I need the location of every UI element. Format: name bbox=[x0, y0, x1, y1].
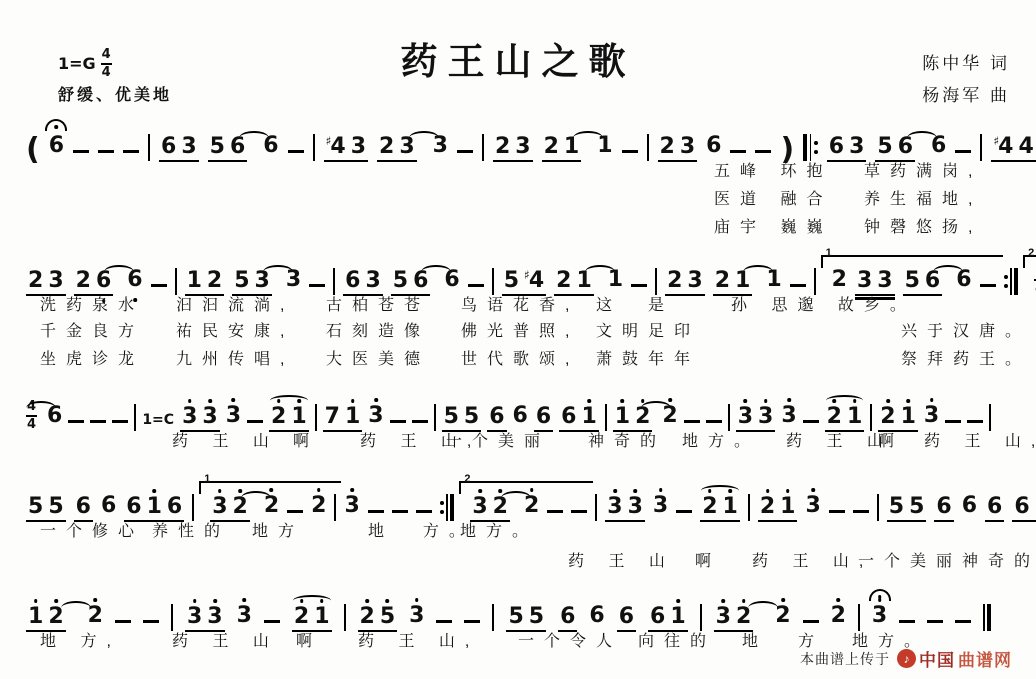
barline bbox=[334, 494, 336, 521]
note: 2 bbox=[311, 495, 326, 517]
thick-barline bbox=[450, 494, 454, 521]
credits: 陈中华 词 杨海军 曲 bbox=[922, 48, 1010, 112]
octave-dot-high bbox=[34, 599, 38, 603]
barline bbox=[175, 268, 177, 295]
barline bbox=[605, 404, 607, 431]
note: 3 bbox=[365, 270, 380, 292]
fermata-dot bbox=[55, 125, 59, 129]
fermata-dot bbox=[878, 595, 882, 599]
time-signature: 4 4 bbox=[101, 48, 112, 79]
duration-dash bbox=[622, 150, 638, 153]
barline bbox=[989, 404, 991, 431]
note-group: 6 bbox=[985, 496, 1004, 522]
note: 5 bbox=[28, 496, 43, 518]
octave-dot-high bbox=[530, 488, 534, 492]
note: 5 bbox=[234, 270, 249, 292]
duration-dash bbox=[899, 620, 915, 623]
octave-dot-high bbox=[213, 599, 217, 603]
thick-barline bbox=[803, 134, 807, 161]
note-group: 21 bbox=[700, 496, 740, 522]
duration-dash bbox=[547, 510, 563, 513]
octave-dot-high bbox=[188, 399, 192, 403]
octave-dot-high bbox=[781, 598, 785, 602]
barline bbox=[858, 604, 860, 631]
note: 6 bbox=[161, 136, 176, 158]
note-group: 71 bbox=[323, 406, 363, 432]
note: 6 bbox=[589, 605, 604, 627]
barline bbox=[171, 604, 173, 631]
duration-dash bbox=[955, 150, 971, 153]
octave-dot-high bbox=[633, 489, 637, 493]
note: 3 bbox=[628, 496, 643, 518]
tie-arc bbox=[743, 265, 773, 279]
duration-dash bbox=[706, 420, 722, 423]
music-system-5: 12233321253556666132223地 方,药 王 山啊药 王 山,一… bbox=[26, 582, 1012, 632]
tie-arc bbox=[421, 265, 451, 279]
note: 3 bbox=[226, 405, 241, 427]
barline bbox=[315, 404, 317, 431]
note-group: 61 bbox=[1012, 496, 1036, 522]
ending-number: 2 bbox=[1028, 247, 1034, 259]
note: 1 bbox=[847, 406, 862, 428]
thin-barline bbox=[810, 134, 812, 161]
duration-dash bbox=[945, 420, 961, 423]
note: 2 bbox=[715, 270, 730, 292]
octave-dot-high bbox=[744, 399, 748, 403]
note: 6 bbox=[536, 406, 551, 428]
barline bbox=[313, 134, 315, 161]
lyric-text: 啊 bbox=[695, 548, 721, 571]
octave-dot-high bbox=[499, 489, 503, 493]
duration-dash bbox=[803, 420, 819, 423]
tie-arc bbox=[907, 131, 937, 145]
note: 5 bbox=[529, 606, 544, 628]
repeat-dot bbox=[1004, 275, 1008, 279]
lyric-text: 药 王 山 bbox=[172, 628, 279, 651]
note: 3 bbox=[351, 136, 366, 158]
lyric-text: 养生福地, bbox=[864, 186, 982, 209]
duration-dash bbox=[412, 420, 428, 423]
duration-dash bbox=[368, 510, 384, 513]
duration-dash bbox=[288, 150, 304, 153]
music-system-3: 4461=C33321713556666112233321213药 王 山啊药 … bbox=[26, 382, 1012, 432]
ending-bracket-line: 2 bbox=[1023, 255, 1036, 268]
note: 1 bbox=[615, 406, 630, 428]
lyric-text: 文明足印 bbox=[596, 318, 700, 341]
barline bbox=[814, 268, 816, 295]
barline bbox=[728, 404, 730, 431]
octave-dot-high bbox=[613, 489, 617, 493]
lyric-text: 地方。 bbox=[682, 428, 760, 451]
octave-dot-high bbox=[365, 599, 369, 603]
lyric-text: 坐虎诊龙 bbox=[40, 346, 144, 369]
octave-dot-high bbox=[764, 399, 768, 403]
duration-dash bbox=[464, 620, 480, 623]
note: 3 bbox=[924, 405, 939, 427]
note: ♯4 bbox=[326, 136, 346, 158]
site-name-bold: 中国 bbox=[919, 646, 955, 671]
octave-dot-high bbox=[742, 599, 746, 603]
note: 3 bbox=[515, 136, 530, 158]
lyric-text: 石刻造像 bbox=[326, 318, 430, 341]
lyric-text: 药 王 山, bbox=[924, 428, 1036, 451]
lyric-text: 地方。 bbox=[460, 518, 538, 541]
note: ♯4 bbox=[524, 270, 544, 292]
note-group: ♯43 bbox=[324, 136, 368, 162]
tie-arc bbox=[748, 601, 778, 615]
lyric-text: 药 王 山 bbox=[172, 428, 279, 451]
duration-dash bbox=[468, 284, 484, 287]
site-name-rest: 曲谱网 bbox=[958, 646, 1012, 671]
octave-dot-high bbox=[668, 398, 672, 402]
octave-dot-high bbox=[906, 399, 910, 403]
repeat-end bbox=[1004, 268, 1019, 295]
lyric-text: 药 王 山 bbox=[568, 548, 675, 571]
barline bbox=[877, 494, 879, 521]
repeat-dot bbox=[814, 150, 818, 154]
note: 1 bbox=[147, 496, 162, 518]
note: 2 bbox=[880, 406, 895, 428]
duration-dash bbox=[457, 150, 473, 153]
note: 1 bbox=[581, 406, 596, 428]
note: 4 bbox=[1018, 136, 1033, 158]
octave-dot-high bbox=[621, 399, 625, 403]
note: 6 bbox=[126, 496, 141, 518]
note: 2 bbox=[760, 496, 775, 518]
notation-row: 4461=C33321713556666112233321213 bbox=[26, 382, 1012, 432]
sheet-music-page: 药王山之歌 1=G 4 4 舒缓、优美地 陈中华 词 杨海军 曲 (663566… bbox=[0, 0, 1036, 679]
note: 3 bbox=[607, 496, 622, 518]
note-group: ♯44 bbox=[991, 136, 1035, 162]
duration-dash bbox=[790, 284, 806, 287]
barline bbox=[492, 604, 494, 631]
note: 5 bbox=[444, 406, 459, 428]
octave-dot-high bbox=[232, 398, 236, 402]
note: 3 bbox=[181, 136, 196, 158]
barline bbox=[492, 268, 494, 295]
note: 3 bbox=[472, 496, 487, 518]
octave-dot-high bbox=[930, 398, 934, 402]
duration-dash bbox=[68, 420, 84, 423]
note: 6 bbox=[829, 136, 844, 158]
note: 3 bbox=[805, 495, 820, 517]
lyric-text: 世代歌颂, bbox=[461, 346, 579, 369]
notation-row: 2326612533635665♯42112321112335662242356 bbox=[26, 246, 1012, 296]
barline bbox=[482, 134, 484, 161]
sharp-icon: ♯ bbox=[993, 134, 999, 148]
tie-arc bbox=[239, 131, 269, 145]
note: 5 bbox=[464, 406, 479, 428]
note: 6 bbox=[49, 135, 64, 157]
duration-dash bbox=[143, 620, 159, 623]
lyric-text: 药 王 山, bbox=[752, 548, 873, 571]
duration-dash bbox=[730, 150, 746, 153]
duration-dash bbox=[264, 620, 280, 623]
note: 3 bbox=[857, 270, 872, 292]
duration-dash bbox=[676, 510, 692, 513]
notation-row: 55666161322232322333212135566661 bbox=[26, 472, 1012, 522]
duration-dash bbox=[980, 284, 996, 287]
repeat-dot bbox=[1004, 284, 1008, 288]
note: 6 bbox=[1014, 496, 1029, 518]
lyric-text: 啊 bbox=[293, 428, 319, 451]
barline bbox=[192, 494, 194, 521]
ending-number: 1 bbox=[204, 473, 210, 485]
octave-dot-high bbox=[641, 399, 645, 403]
lyric-text: 地方 bbox=[252, 518, 304, 541]
lyric-text: 庙宇 巍巍 bbox=[714, 214, 832, 237]
lyric-text: 九州传唱, bbox=[176, 346, 294, 369]
repeat-dots bbox=[440, 501, 444, 514]
note: 3 bbox=[877, 270, 892, 292]
sharp-icon: ♯ bbox=[524, 268, 530, 282]
duration-dash bbox=[287, 510, 303, 513]
note: 5 bbox=[909, 496, 924, 518]
duration-dash bbox=[390, 420, 406, 423]
lyric-text: 洗药泉水 bbox=[40, 292, 144, 315]
note: 6 bbox=[101, 495, 116, 517]
open-paren: ( bbox=[26, 136, 40, 163]
lyric-text: 向往的 bbox=[638, 628, 716, 651]
repeat-dots bbox=[1004, 275, 1008, 288]
lyric-text: 大医美德 bbox=[326, 346, 430, 369]
barline bbox=[700, 604, 702, 631]
lyric-text: 祐民安康, bbox=[176, 318, 294, 341]
note: 2 bbox=[660, 136, 675, 158]
note: 2 bbox=[28, 270, 43, 292]
octave-dot-high bbox=[317, 488, 321, 492]
duration-dash bbox=[123, 150, 139, 153]
note: 6 bbox=[513, 405, 528, 427]
note: 3 bbox=[237, 605, 252, 627]
note: 5 bbox=[889, 496, 904, 518]
note: 3 bbox=[687, 270, 702, 292]
lyric-text: 兴于汉唐。 bbox=[901, 318, 1031, 341]
duration-dash bbox=[955, 620, 971, 623]
octave-dot-high bbox=[728, 489, 732, 493]
tie-arc bbox=[641, 401, 671, 415]
lyric-text: 古柏苍苍 bbox=[326, 292, 430, 315]
note: 2 bbox=[544, 136, 559, 158]
lyric-text: 孙 思邈 故乡。 bbox=[731, 292, 916, 315]
composer-line: 杨海军 曲 bbox=[922, 80, 1010, 112]
key-signature: 1=G 4 4 bbox=[58, 48, 112, 79]
lyric-text: 鸟语花香, bbox=[461, 292, 579, 315]
octave-dot-high bbox=[277, 399, 281, 403]
octave-dot-high bbox=[786, 489, 790, 493]
octave-dot-high bbox=[350, 488, 354, 492]
time-signature-beats: 4 bbox=[102, 48, 111, 61]
note: 2 bbox=[702, 496, 717, 518]
octave-dot-high bbox=[832, 399, 836, 403]
note: 7 bbox=[325, 406, 340, 428]
lyric-text: 一个修心 bbox=[40, 518, 144, 541]
octave-dot-high bbox=[811, 488, 815, 492]
octave-dot-high bbox=[270, 488, 274, 492]
lyric-text: 一个美丽 bbox=[446, 428, 550, 451]
lyric-text: 地 方。 bbox=[368, 518, 475, 541]
duration-dash bbox=[90, 420, 106, 423]
note-group: 21 bbox=[758, 496, 798, 522]
key-change: 1=C bbox=[142, 412, 174, 428]
key-signature-text: 1=G bbox=[58, 54, 96, 73]
tempo-marking: 舒缓、优美地 bbox=[58, 82, 172, 105]
note: 2 bbox=[827, 406, 842, 428]
note: 5 bbox=[48, 496, 63, 518]
barline bbox=[148, 134, 150, 161]
time-signature-unit: 4 bbox=[102, 66, 111, 79]
duration-dash bbox=[247, 420, 263, 423]
tie-arc bbox=[26, 401, 56, 415]
note: 1 bbox=[314, 606, 329, 628]
note: 1 bbox=[780, 496, 795, 518]
note: 3 bbox=[187, 606, 202, 628]
duration-dash bbox=[73, 150, 89, 153]
note: 3 bbox=[680, 136, 695, 158]
note: 5 bbox=[393, 270, 408, 292]
note: 2 bbox=[360, 606, 375, 628]
note: 3 bbox=[872, 605, 887, 627]
octave-dot-high bbox=[787, 398, 791, 402]
barline bbox=[333, 268, 335, 295]
lyric-text: 五峰 环抱 bbox=[714, 158, 832, 181]
lyric-text: 汩汩流淌, bbox=[176, 292, 294, 315]
note-group: 63 bbox=[827, 136, 867, 162]
octave-dot-high bbox=[708, 489, 712, 493]
note: 6 bbox=[987, 496, 1002, 518]
lyric-text: 地 方, bbox=[40, 628, 121, 651]
note: 2 bbox=[667, 270, 682, 292]
music-note-icon: ♪ bbox=[897, 649, 916, 668]
note: 1 bbox=[187, 270, 202, 292]
lyric-text: 啊 bbox=[878, 428, 904, 451]
octave-dot-high bbox=[386, 599, 390, 603]
octave-dot-high bbox=[208, 399, 212, 403]
note: 1 bbox=[28, 606, 43, 628]
duration-dash bbox=[755, 150, 771, 153]
time-sig-bottom: 4 bbox=[27, 418, 36, 431]
duration-dash bbox=[571, 510, 587, 513]
barline bbox=[434, 404, 436, 431]
barline bbox=[647, 134, 649, 161]
note: 1 bbox=[291, 406, 306, 428]
repeat-end bbox=[440, 494, 455, 521]
duration-dash bbox=[115, 620, 131, 623]
duration-dash bbox=[967, 420, 983, 423]
note: 6 bbox=[706, 135, 721, 157]
duration-dash bbox=[853, 510, 869, 513]
note: ♯4 bbox=[993, 136, 1013, 158]
note: 3 bbox=[758, 406, 773, 428]
note: 5 bbox=[504, 270, 519, 292]
octave-dot-high bbox=[415, 598, 419, 602]
barline bbox=[980, 134, 982, 161]
note: 1 bbox=[670, 606, 685, 628]
note: 2 bbox=[831, 605, 846, 627]
note: 3 bbox=[716, 606, 731, 628]
note: 3 bbox=[207, 606, 222, 628]
octave-dot-high bbox=[242, 598, 246, 602]
notation-row: 12233321253556666132223 bbox=[26, 582, 1012, 632]
tie-arc bbox=[241, 491, 271, 505]
note: 2 bbox=[495, 136, 510, 158]
duration-dash bbox=[416, 510, 432, 513]
lyric-text: 神奇的 bbox=[588, 428, 666, 451]
note-group: 63 bbox=[159, 136, 199, 162]
ending-number: 2 bbox=[464, 473, 470, 485]
thin-barline bbox=[983, 604, 985, 631]
lyric-text: 萧鼓年年 bbox=[596, 346, 700, 369]
octave-dot-high bbox=[54, 599, 58, 603]
octave-dot-high bbox=[886, 399, 890, 403]
note: 3 bbox=[48, 270, 63, 292]
lyricist-line: 陈中华 词 bbox=[922, 48, 1010, 80]
lyric-text: 这 是 bbox=[596, 292, 674, 315]
duration-dash bbox=[309, 284, 325, 287]
tie-arc bbox=[573, 131, 603, 145]
octave-dot-high bbox=[587, 399, 591, 403]
lyric-text: 草药满岗, bbox=[864, 158, 982, 181]
note: 2 bbox=[76, 270, 91, 292]
lyric-text: 医道 融合 bbox=[714, 186, 832, 209]
music-system-1: (663566♯4323323211236)63566♯44233五峰 环抱草药… bbox=[26, 112, 1012, 162]
note: 5 bbox=[380, 606, 395, 628]
lyric-text: 祭拜药王。 bbox=[901, 346, 1031, 369]
tie-arc bbox=[933, 265, 963, 279]
octave-dot-high bbox=[320, 599, 324, 603]
duration-dash bbox=[803, 620, 819, 623]
duration-dash bbox=[684, 420, 700, 423]
thick-barline bbox=[1014, 268, 1018, 295]
octave-dot-high bbox=[659, 488, 663, 492]
thin-barline bbox=[1010, 268, 1012, 295]
tie-arc bbox=[104, 265, 134, 279]
lyric-text: 药 王 山 bbox=[786, 428, 893, 451]
lyric-text: 药 王 山, bbox=[358, 628, 479, 651]
note: 3 bbox=[212, 496, 227, 518]
barline bbox=[344, 604, 346, 631]
note: 6 bbox=[345, 270, 360, 292]
note-group: 23 bbox=[493, 136, 533, 162]
tie-arc bbox=[61, 601, 91, 615]
note: 6 bbox=[489, 406, 504, 428]
note: 3 bbox=[344, 495, 359, 517]
site-logo: ♪ 中国 曲谱网 bbox=[897, 646, 1012, 671]
duration-dash bbox=[98, 150, 114, 153]
tie-arc bbox=[501, 491, 531, 505]
note-group: 6 bbox=[934, 496, 953, 522]
note: 6 bbox=[936, 496, 951, 518]
note: 5 bbox=[508, 606, 523, 628]
octave-dot-high bbox=[218, 489, 222, 493]
final-barline bbox=[983, 604, 991, 631]
note: 5 bbox=[905, 270, 920, 292]
barline bbox=[134, 404, 136, 431]
ending-number: 1 bbox=[826, 247, 832, 259]
octave-dot-high bbox=[478, 489, 482, 493]
duration-dash bbox=[436, 620, 452, 623]
note: 5 bbox=[877, 136, 892, 158]
octave-dot-high bbox=[351, 399, 355, 403]
note-group: 33 bbox=[605, 496, 645, 522]
lyric-text: 钟磬悠扬, bbox=[864, 214, 982, 237]
thin-barline bbox=[446, 494, 448, 521]
octave-dot-high bbox=[152, 489, 156, 493]
note: 2 bbox=[271, 406, 286, 428]
octave-dot-high bbox=[300, 599, 304, 603]
lyric-text: 地 bbox=[742, 628, 768, 651]
song-title: 药王山之歌 bbox=[0, 31, 1036, 85]
